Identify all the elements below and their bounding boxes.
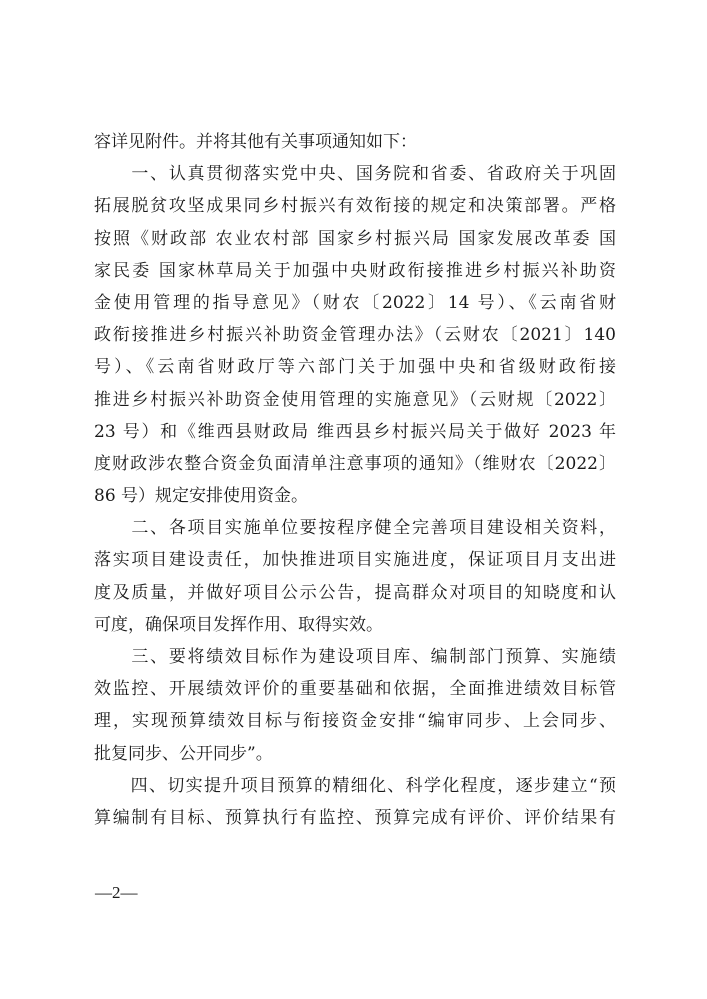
document-body: 容详见附件。并将其他有关事项通知如下： 一、认真贯彻落实党中央、国务院和省委、省… <box>94 126 616 834</box>
text-line: 政衔接推进乡村振兴补助资金管理办法》（云财农〔2021〕140 <box>94 319 616 351</box>
text-line: 理，实现预算绩效目标与衔接资金安排“编审同步、上会同步、 <box>94 705 616 737</box>
text-line: 容详见附件。并将其他有关事项通知如下： <box>94 126 616 158</box>
text-line: 效监控、开展绩效评价的重要基础和依据，全面推进绩效目标管 <box>94 673 616 705</box>
text-line: 一、认真贯彻落实党中央、国务院和省委、省政府关于巩固 <box>94 158 616 190</box>
text-line: 家民委 国家林草局关于加强中央财政衔接推进乡村振兴补助资 <box>94 255 616 287</box>
text-line: 四、切实提升项目预算的精细化、科学化程度，逐步建立“预 <box>94 770 616 802</box>
text-line: 推进乡村振兴补助资金使用管理的实施意见》（云财规〔2022〕 <box>94 384 616 416</box>
text-line: 金使用管理的指导意见》（财农〔2022〕14 号）、《云南省财 <box>94 287 616 319</box>
text-line: 拓展脱贫攻坚成果同乡村振兴有效衔接的规定和决策部署。严格 <box>94 190 616 222</box>
text-line: 可度，确保项目发挥作用、取得实效。 <box>94 609 616 641</box>
text-line: 度及质量，并做好项目公示公告，提高群众对项目的知晓度和认 <box>94 577 616 609</box>
text-line: 86 号）规定安排使用资金。 <box>94 480 616 512</box>
text-line: 算编制有目标、预算执行有监控、预算完成有评价、评价结果有 <box>94 802 616 834</box>
text-line: 度财政涉农整合资金负面清单注意事项的通知》（维财农〔2022〕 <box>94 448 616 480</box>
text-line: 二、各项目实施单位要按程序健全完善项目建设相关资料， <box>94 512 616 544</box>
text-line: 批复同步、公开同步”。 <box>94 738 616 770</box>
text-line: 落实项目建设责任，加快推进项目实施进度，保证项目月支出进 <box>94 544 616 576</box>
text-line: 23 号）和《维西县财政局 维西县乡村振兴局关于做好 2023 年 <box>94 416 616 448</box>
document-page: 容详见附件。并将其他有关事项通知如下： 一、认真贯彻落实党中央、国务院和省委、省… <box>0 0 707 999</box>
text-line: 号）、《云南省财政厅等六部门关于加强中央和省级财政衔接 <box>94 351 616 383</box>
text-line: 按照《财政部 农业农村部 国家乡村振兴局 国家发展改革委 国 <box>94 223 616 255</box>
page-number: —2— <box>95 883 138 903</box>
text-line: 三、要将绩效目标作为建设项目库、编制部门预算、实施绩 <box>94 641 616 673</box>
